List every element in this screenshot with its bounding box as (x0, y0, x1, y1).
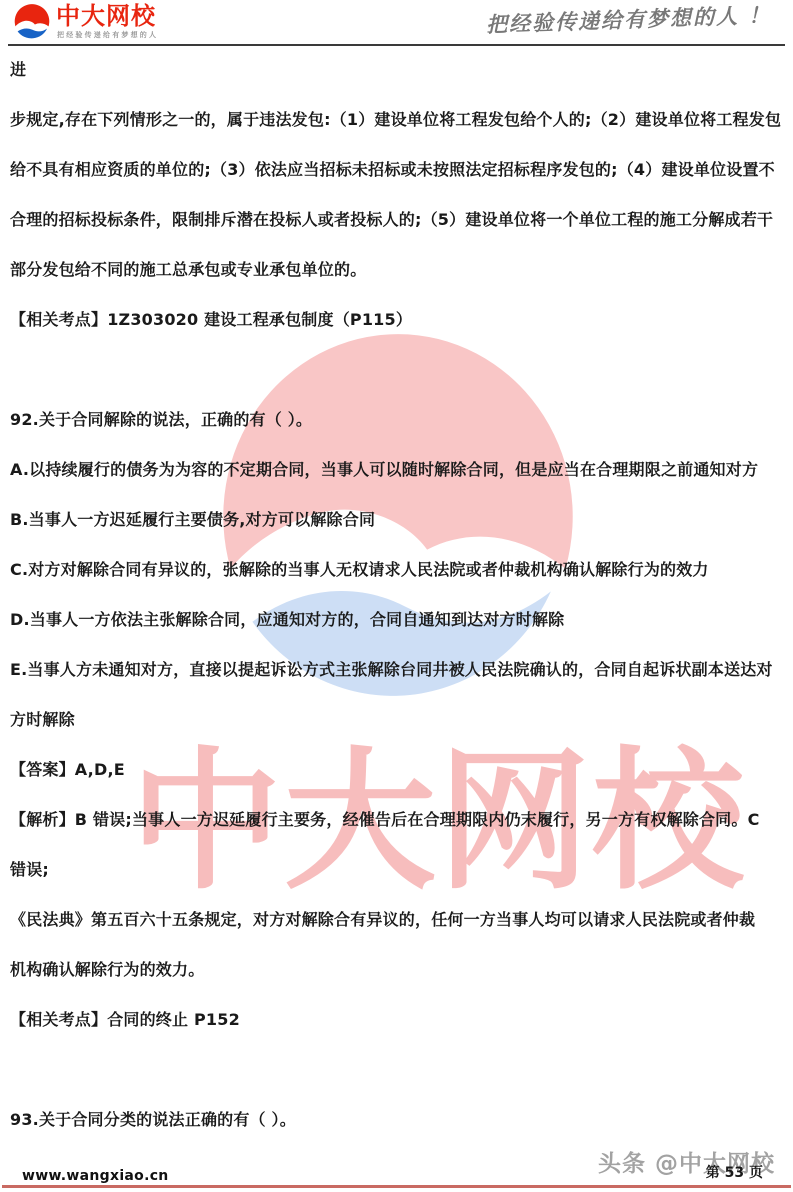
text-line: 错误; (10, 857, 790, 907)
text-line: 方时解除 (10, 707, 790, 757)
text-line: E.当事人方未通知对方，直接以提起诉讼方式主张解除台同井被人民法院确认的，合同自… (10, 657, 790, 707)
text-line: 进 (10, 57, 790, 107)
text-line: 【答案】A,D,E (10, 757, 790, 807)
text-line: 给不具有相应资质的单位的;（3）依法应当招标未招标或未按照法定招标程序发包的;（… (10, 157, 790, 207)
text-line: 机构确认解除行为的效力。 (10, 957, 790, 1007)
text-line: C.对方对解除合同有异议的，张解除的当事人无权请求人民法院或者仲裁机构确认解除行… (10, 557, 790, 607)
text-line (10, 357, 790, 407)
footer-divider (2, 1185, 791, 1188)
text-line: 【相关考点】1Z303020 建设工程承包制度（P115） (10, 307, 790, 357)
body-lines: 进步规定,存在下列情形之一的，属于违法发包:（1）建设单位将工程发包给个人的;（… (10, 57, 790, 1157)
text-line: A.以持续履行的债务为为容的不定期合同，当事人可以随时解除合同，但是应当在合理期… (10, 457, 790, 507)
header-slogan-script: 把经验传递给有梦想的人 ！ (485, 0, 771, 39)
text-line: 步规定,存在下列情形之一的，属于违法发包:（1）建设单位将工程发包给个人的;（2… (10, 107, 790, 157)
text-line: 【解析】B 错误;当事人一方迟延履行主要务，经催告后在合理期限内仍末履行，另一方… (10, 807, 790, 857)
text-line (10, 1057, 790, 1107)
brand-logo-text: 中大网校 (56, 2, 156, 30)
text-line: 92.关于合同解除的说法，正确的有（ ）。 (10, 407, 790, 457)
document-page: 中大网校 把经验传递给有梦想的人 把经验传递给有梦想的人 ！ 中大网校 进步规定… (0, 0, 793, 1192)
text-line: 合理的招标投标条件，限制排斥潜在投标人或者投标人的;（5）建设单位将一个单位工程… (10, 207, 790, 257)
text-line: 部分发包给不同的施工总承包或专业承包单位的。 (10, 257, 790, 307)
brand-logo-tagline: 把经验传递给有梦想的人 (57, 30, 158, 40)
text-line: B.当事人一方迟延履行主要债务,对方可以解除合同 (10, 507, 790, 557)
text-line: 《民法典》第五百六十五条规定，对方对解除合有异议的，任何一方当事人均可以请求人民… (10, 907, 790, 957)
text-line: 【相关考点】合同的终止 P152 (10, 1007, 790, 1057)
page-number: 第 53 页 (706, 1162, 763, 1182)
header-divider (8, 44, 785, 46)
header: 中大网校 把经验传递给有梦想的人 把经验传递给有梦想的人 ！ (0, 0, 793, 48)
brand-logo-icon (14, 4, 50, 40)
footer-website-url: www.wangxiao.cn (22, 1168, 169, 1184)
text-line: D.当事人一方依法主张解除合同，应通知对方的，合同自通知到达对方时解除 (10, 607, 790, 657)
